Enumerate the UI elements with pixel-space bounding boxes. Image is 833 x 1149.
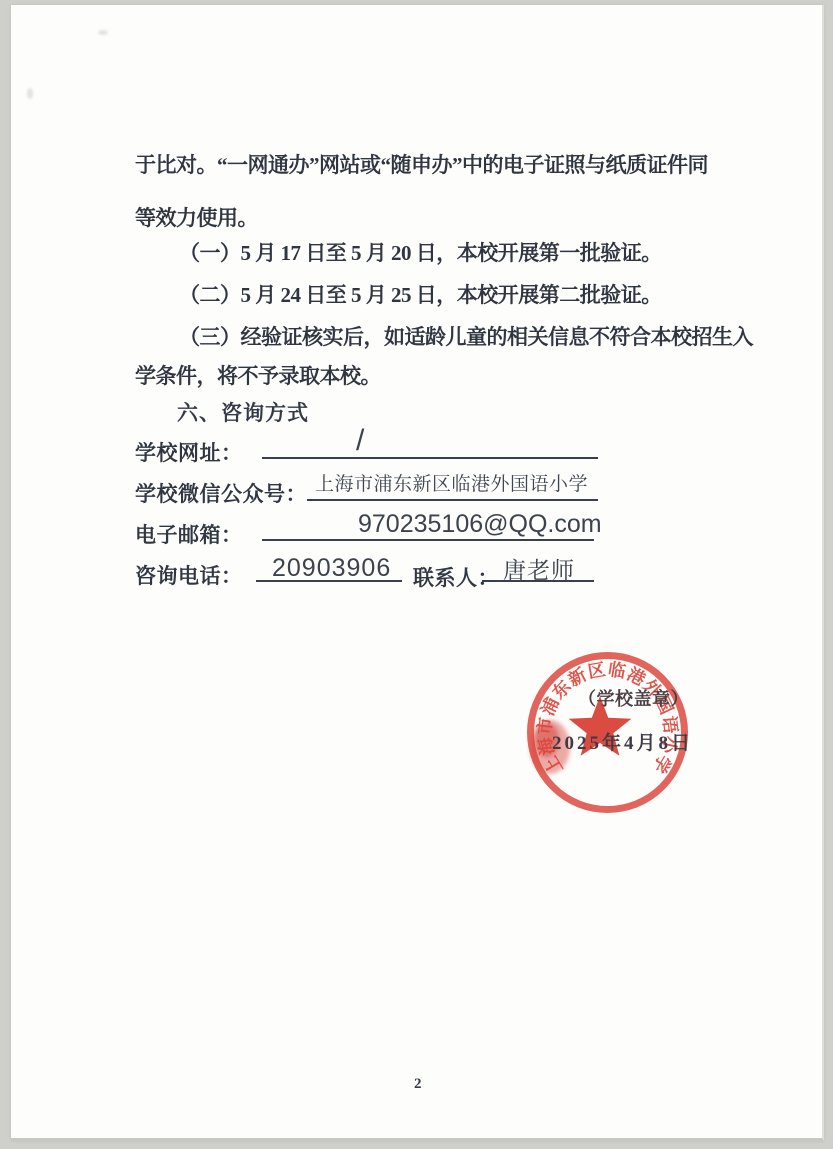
wechat-value: 上海市浦东新区临港外国语小学 [315,469,588,496]
body-line-3: （一）5 月 17 日至 5 月 20 日，本校开展第一批验证。 [179,237,662,267]
body-line-1: 于比对。“一网通办”网站或“随申办”中的电子证照与纸质证件同 [135,149,708,179]
website-underline [262,457,598,459]
email-underline [262,539,594,541]
website-value: / [356,424,364,458]
section-heading: 六、咨询方式 [177,397,309,427]
contact-person-label: 联系人： [413,562,499,592]
website-label: 学校网址： [135,437,243,467]
body-line-5: （三）经验证核实后，如适龄儿童的相关信息不符合本校招生入 [179,321,753,351]
phone-value: 20903906 [272,554,391,583]
wechat-underline [307,499,598,501]
seal-date: 2025年4月8日 [552,728,693,755]
seal-caption: （学校盖章） [578,685,689,711]
page-number: 2 [414,1076,422,1093]
phone-label: 咨询电话： [135,560,243,590]
scanned-document: 于比对。“一网通办”网站或“随申办”中的电子证照与纸质证件同 等效力使用。 （一… [0,0,833,1149]
body-line-4: （二）5 月 24 日至 5 月 25 日，本校开展第二批验证。 [179,279,662,309]
email-value: 970235106@QQ.com [358,510,602,539]
wechat-label: 学校微信公众号： [135,478,307,508]
scan-speck [27,88,33,99]
email-label: 电子邮箱： [135,519,243,549]
body-line-2: 等效力使用。 [135,202,258,232]
scan-speck [98,30,108,35]
contact-person-value: 唐老师 [503,552,575,585]
body-line-6: 学条件，将不予录取本校。 [135,360,381,390]
